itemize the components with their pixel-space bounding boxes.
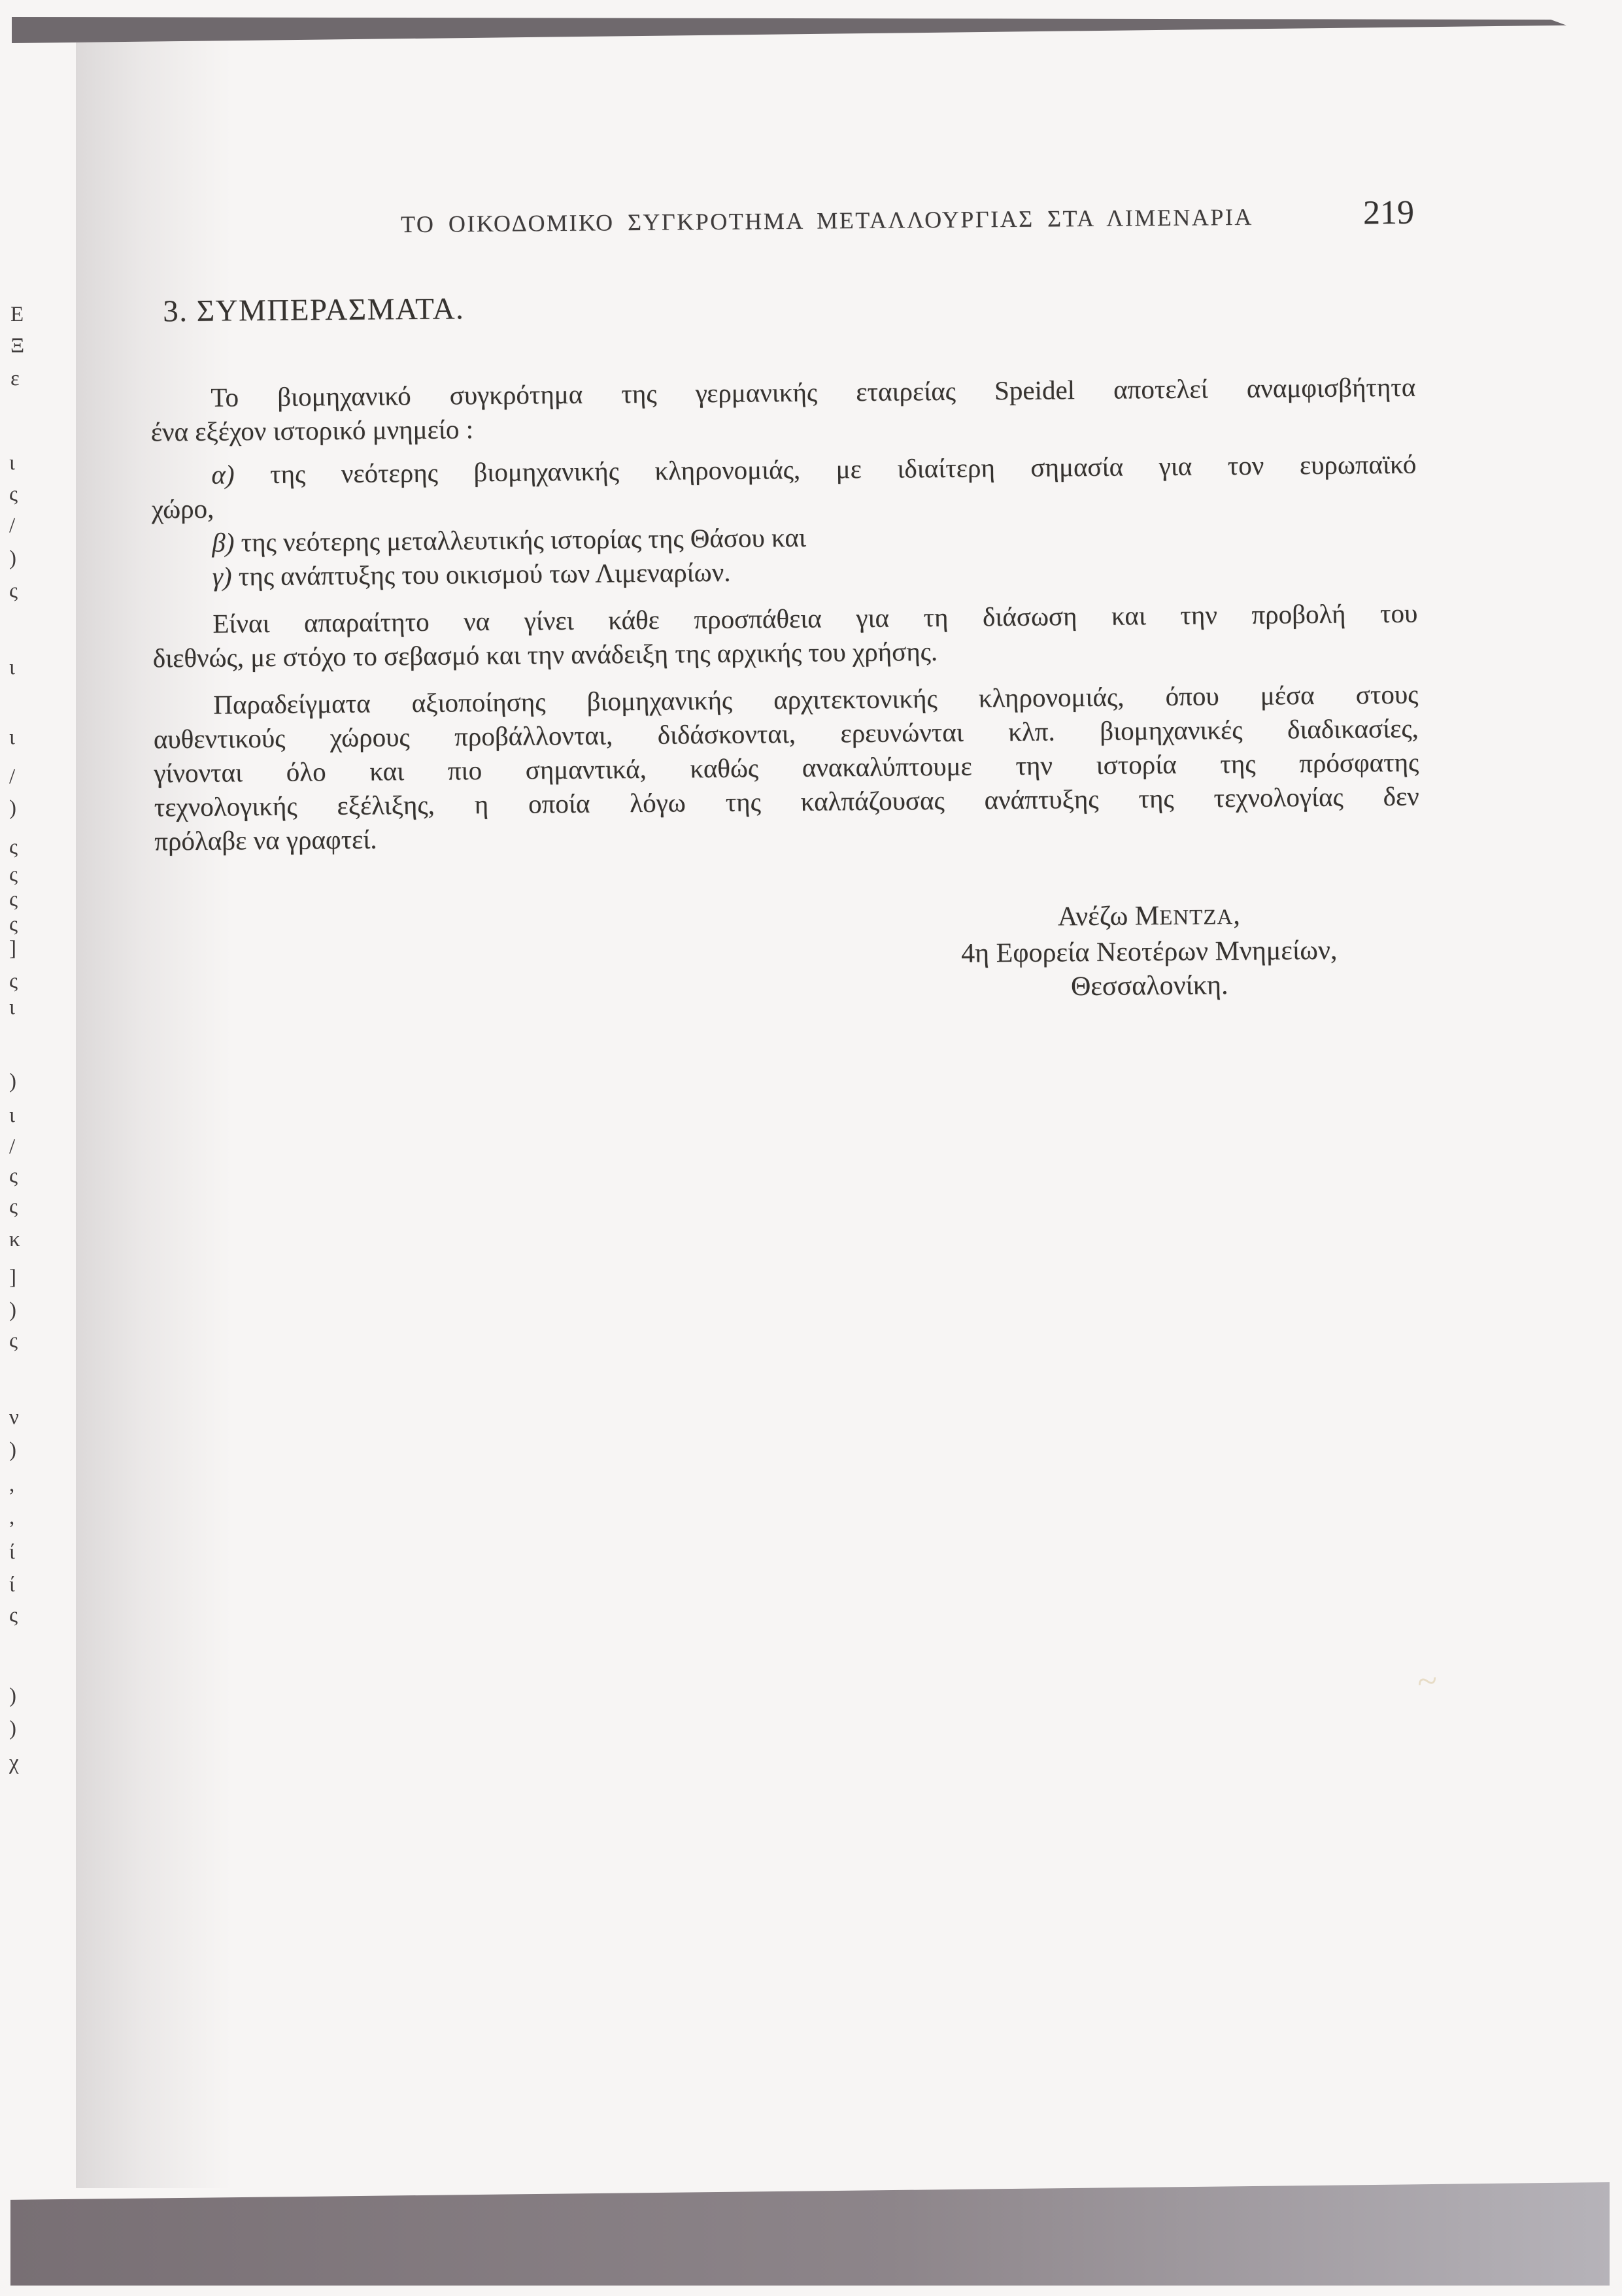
signature-name-comma: , (1233, 900, 1240, 930)
edge-fragment: ς (9, 971, 18, 992)
page-number: 219 (1363, 194, 1415, 233)
list-text: της ανάπτυξης του οικισμού των Λιμεναρίω… (231, 557, 730, 592)
edge-fragment: / (9, 1136, 15, 1158)
edge-fragment: ) (9, 1300, 16, 1321)
edge-fragment: χ (9, 1752, 19, 1774)
list-block: α) της νεότερης βιομηχανικής κληρονομιάς… (151, 447, 1417, 594)
edge-fragment: ς (9, 837, 18, 858)
edge-fragment: ] (9, 1267, 16, 1289)
edge-fragment: ς (9, 484, 18, 505)
edge-fragment: Ε (10, 304, 24, 326)
edge-fragment: ς (9, 1166, 18, 1187)
edge-fragment: ς (9, 1605, 18, 1627)
edge-fragment: κ (9, 1229, 20, 1251)
paragraph-examples: Παραδείγματα αξιοποίησης βιομηχανικής αρ… (153, 677, 1419, 858)
edge-fragment: Ξ (10, 335, 24, 357)
edge-fragment: ς (9, 1196, 18, 1218)
edge-fragment: ν (9, 1407, 19, 1428)
scan-edge-bottom-bar (10, 2182, 1610, 2286)
edge-fragment: ) (9, 1071, 16, 1092)
edge-fragment: , (9, 1474, 14, 1496)
edge-fragment: ι (9, 452, 15, 474)
scan-artifact-squiggle: ~ (1415, 1660, 1440, 1704)
signature-name-regular: Ανέζω Μ (1058, 901, 1160, 932)
edge-fragment: ί (9, 1542, 15, 1563)
edge-fragment: ι (9, 657, 15, 679)
list-marker-alpha: α) (211, 459, 235, 489)
edge-fragment: ε (10, 368, 20, 390)
list-text: της νεότερης μεταλλευτικής ιστορίας της … (234, 522, 806, 558)
section-heading: 3. ΣΥΜΠΕΡΑΣΜΑΤΑ. (163, 284, 1415, 329)
signature-name: Ανέζω ΜΕΝΤΖΑ, (900, 897, 1397, 937)
edge-fragment: ι (9, 727, 15, 749)
page-content: ΤΟ ΟΙΚΟΔΟΜΙΚΟ ΣΥΓΚΡΟΤΗΜΑ ΜΕΤΑΛΛΟΥΡΓΙΑΣ Σ… (147, 0, 1421, 1011)
edge-fragment: / (9, 515, 15, 537)
edge-fragment: ι (9, 997, 15, 1019)
edge-fragment: ς (9, 581, 18, 602)
signature-name-smallcaps: ΕΝΤΖΑ (1159, 905, 1233, 930)
edge-fragment: ) (9, 1718, 16, 1740)
signature-affiliation: 4η Εφορεία Νεοτέρων Μνημείων, (901, 933, 1398, 971)
scanned-page: ΕΞεις/)ςιι/)ςςςς]ςι)ι/ςςκ])ςν),,ίίς))χ Τ… (0, 0, 1622, 2296)
edge-fragment: ) (9, 1440, 16, 1461)
edge-fragment: ) (9, 1685, 16, 1707)
edge-fragment: ) (9, 548, 16, 569)
edge-fragment: ) (9, 798, 16, 819)
paragraph-intro: Το βιομηχανικό συγκρότημα της γερμανικής… (150, 370, 1416, 449)
paragraph-preservation: Είναι απαραίτητο να γίνει κάθε προσπάθει… (152, 596, 1418, 675)
edge-fragment: ] (9, 938, 16, 960)
edge-fragment: / (9, 766, 15, 788)
edge-fragment: ς (9, 914, 18, 936)
list-marker-gamma: γ) (212, 561, 232, 591)
list-marker-beta: β) (212, 527, 234, 557)
running-head-title: ΤΟ ΟΙΚΟΔΟΜΙΚΟ ΣΥΓΚΡΟΤΗΜΑ ΜΕΤΑΛΛΟΥΡΓΙΑΣ Σ… (401, 203, 1253, 238)
edge-fragment: ς (9, 864, 18, 886)
signature-block: Ανέζω ΜΕΝΤΖΑ, 4η Εφορεία Νεοτέρων Μνημεί… (900, 897, 1398, 1005)
running-head: ΤΟ ΟΙΚΟΔΟΜΙΚΟ ΣΥΓΚΡΟΤΗΜΑ ΜΕΤΑΛΛΟΥΡΓΙΑΣ Σ… (149, 194, 1414, 239)
edge-fragment: ς (9, 889, 18, 911)
edge-fragment: ι (9, 1105, 15, 1126)
edge-fragment: ί (9, 1574, 15, 1596)
edge-fragment: ς (9, 1330, 18, 1352)
edge-fragments: ΕΞεις/)ςιι/)ςςςς]ςι)ι/ςςκ])ςν),,ίίς))χ (0, 0, 39, 2296)
signature-city: Θεσσαλονίκη. (901, 967, 1398, 1005)
edge-fragment: , (9, 1507, 14, 1528)
